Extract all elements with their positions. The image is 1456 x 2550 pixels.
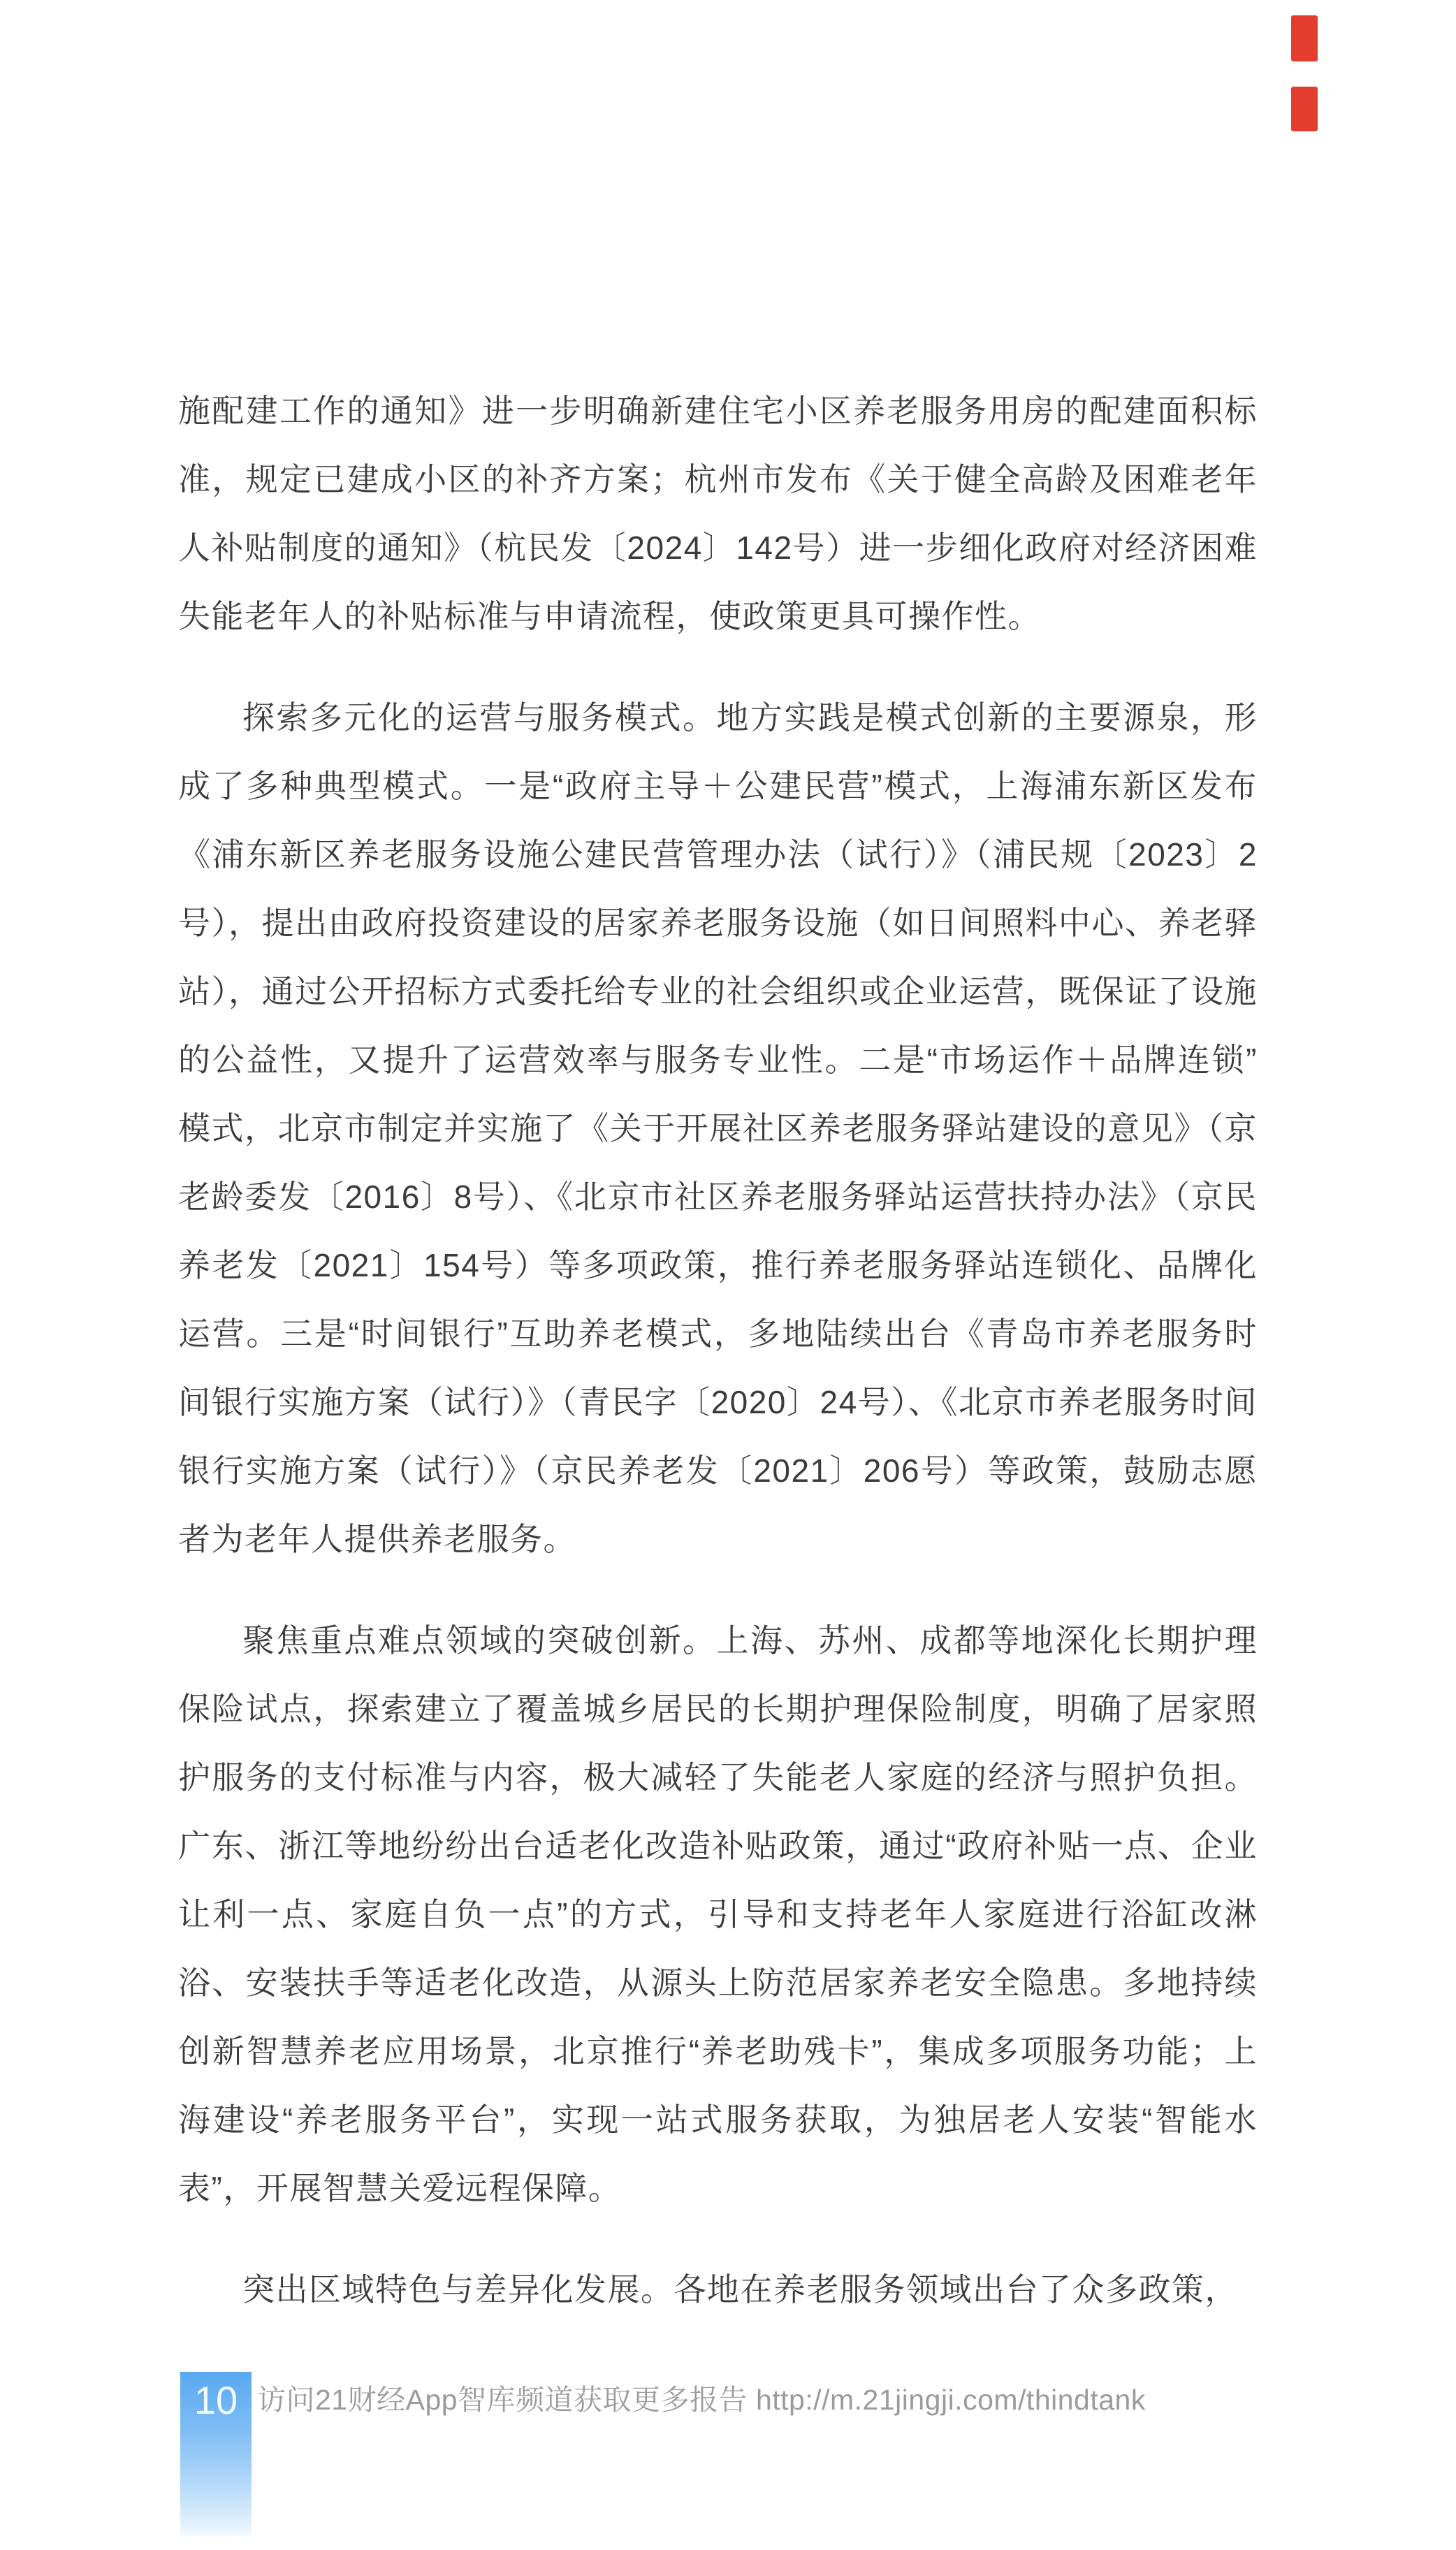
paragraph-2: 探索多元化的运营与服务模式。地方实践是模式创新的主要源泉，形成了多种典型模式。一… — [178, 683, 1258, 1573]
red-corner-mark-icon — [1291, 15, 1318, 61]
page-number: 10 — [180, 2379, 252, 2422]
paragraph-4: 突出区域特色与差异化发展。各地在养老服务领域出台了众多政策， — [178, 2255, 1258, 2324]
body-text: 施配建工作的通知》进一步明确新建住宅小区养老服务用房的配建面积标准，规定已建成小… — [178, 377, 1258, 2356]
page-footer: 10 访问21财经App智库频道获取更多报告 http://m.21jingji… — [180, 2372, 1456, 2536]
corner-marks — [1291, 15, 1318, 131]
footer-text: 访问21财经App智库频道获取更多报告 http://m.21jingji.co… — [257, 2372, 1146, 2422]
red-corner-mark-icon — [1291, 87, 1318, 131]
paragraph-3: 聚焦重点难点领域的突破创新。上海、苏州、成都等地深化长期护理保险试点，探索建立了… — [178, 1606, 1258, 2222]
paragraph-1: 施配建工作的通知》进一步明确新建住宅小区养老服务用房的配建面积标准，规定已建成小… — [178, 377, 1258, 650]
page-number-badge: 10 — [180, 2372, 252, 2536]
document-page: 施配建工作的通知》进一步明确新建住宅小区养老服务用房的配建面积标准，规定已建成小… — [0, 0, 1456, 2550]
